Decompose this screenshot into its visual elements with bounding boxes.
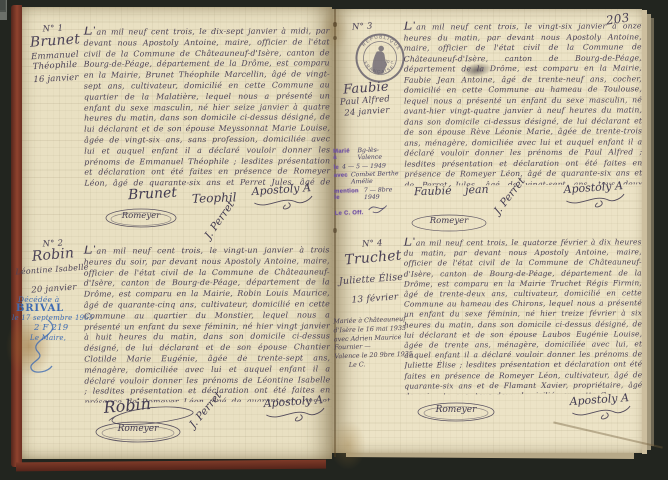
signature-romeyer: Romeyer [416,401,496,423]
death-note-paraph [18,318,70,374]
marriage-stamp-label: le [334,164,340,170]
republique-francaise-seal: RÉPUBLIQUE FRANÇAISE 20 c. [351,29,409,87]
marriage-stamp-label: Marié à [333,148,355,161]
act4-margin-number: N° 4 [362,238,383,249]
binding-stitch [333,22,337,27]
marianne-figure-head [378,45,384,51]
book-cover-edge-left [11,5,22,467]
signature-romeyer: Romeyer [94,420,182,444]
signature-romeyer-text: Romeyer [94,424,182,434]
marriage-stamp-value: 7 — 8bre 1949 [364,186,403,201]
gutter-crease [334,9,336,457]
signature-romeyer-text: Romeyer [410,216,488,226]
signature-romeyer-text: Romeyer [104,211,178,221]
marriage-stamp-value: 4 — 5 — 1949 [342,162,386,170]
register-scan-photo: N° 1 Brunet Emmanuel Théophile 16 janvie… [0,0,668,480]
fore-edge-pages [651,18,654,446]
signature-romeyer: Romeyer [104,207,178,229]
death-note-place: Brival [16,303,64,314]
binding-stitch [333,228,337,233]
book-cover-edge-bottom [16,460,326,472]
signature-apostoly-mayor: Apostoly A [263,393,327,424]
marriage-stamp-value: Bg-lès-Valence [357,146,401,161]
signature-apostoly-mayor: Apostoly A [569,391,633,422]
seal-value-text: 20 c. [384,59,394,65]
act4-body-text: L'an mil neuf cent trois, le quatorze fé… [404,236,643,394]
act1-body-text: L'an mil neuf cent trois, le dix-sept ja… [84,25,331,188]
signature-romeyer-text: Romeyer [416,405,496,415]
signature-faubie: Faubié jean [414,183,489,199]
signature-romeyer: Romeyer [410,213,488,233]
marriage-stamp-paraph [366,201,388,214]
marriage-stamp-label: mention le [334,188,361,201]
act2-body-text: L'an mil neuf cent trois, le vingt-un ja… [84,244,331,402]
marriage-stamp: Marié àBg-lès-Valence le4 — 5 — 1949 ave… [333,146,403,218]
act4-marriage-note: Mariée à Châteauneuf d'Isère le 16 mai 1… [333,315,415,371]
act3-body-text: L'an mil neuf cent trois, le vingt-six j… [404,20,643,185]
marriage-stamp-value: Combet Berthe Amélie [351,170,402,185]
binding-stitch [333,36,337,40]
signature-brunet: Brunet [128,185,178,204]
signature-apostoly-mayor: Apostoly A [563,179,627,210]
marriage-stamp-label: Le C. Off. [335,210,364,217]
signature-apostoly-mayor: Apostoly A [251,181,315,212]
marriage-stamp-label: avec [334,173,348,179]
edge-notch [0,0,5,10]
